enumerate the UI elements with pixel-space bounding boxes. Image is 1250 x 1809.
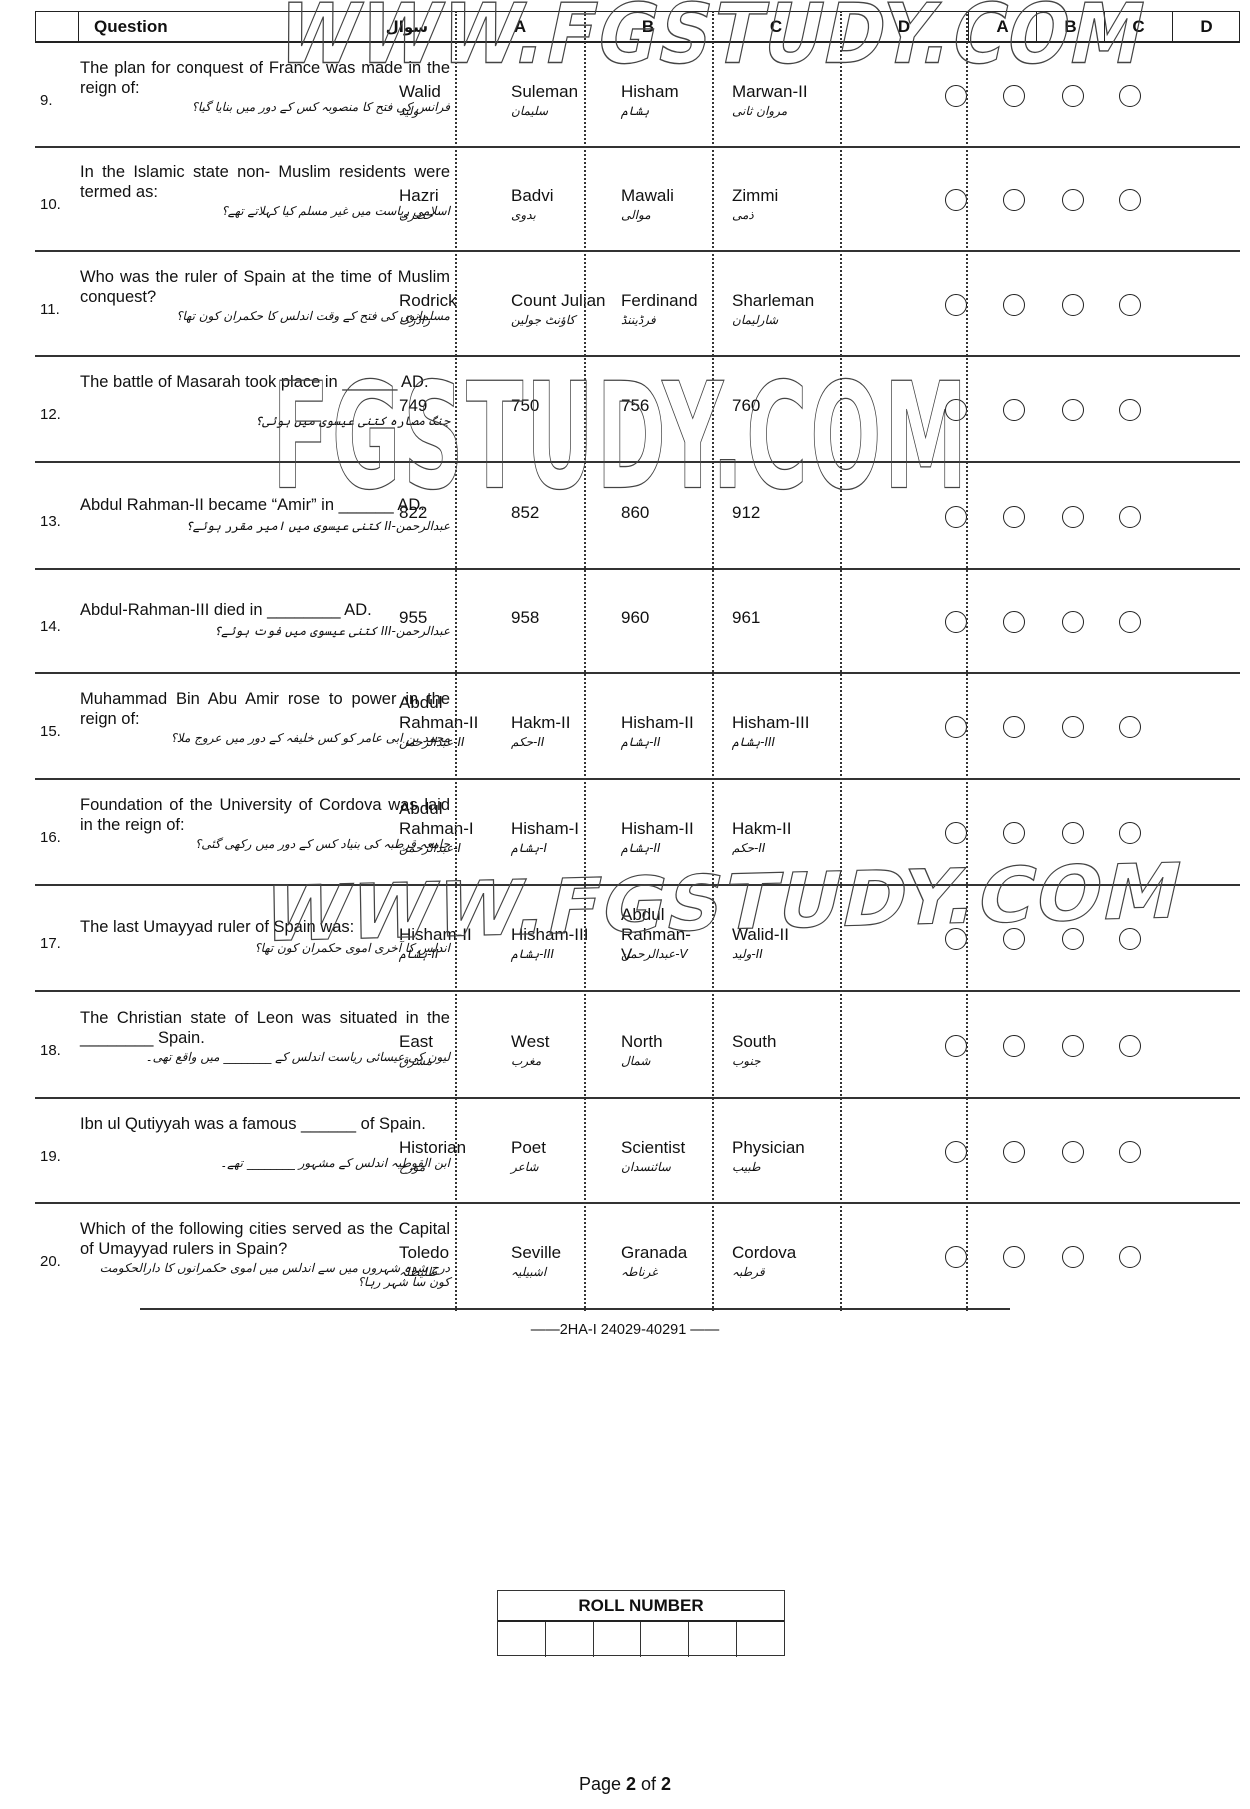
question-text-urdu: محمد بن ابی عامر کو کس خلیفہ کے دور میں …	[80, 731, 450, 745]
answer-bubble-d[interactable]	[1119, 1035, 1141, 1057]
question-text: Muhammad Bin Abu Amir rose to power in t…	[80, 689, 450, 729]
answer-bubble-b[interactable]	[1003, 189, 1025, 211]
option-a-text: East	[399, 1032, 524, 1052]
answer-bubble-b[interactable]	[1003, 1035, 1025, 1057]
answer-bubble-b[interactable]	[1003, 294, 1025, 316]
roll-number-digits	[498, 1622, 784, 1657]
option-d-text: Zimmi	[732, 186, 857, 206]
option-a-text: Toledo	[399, 1243, 524, 1263]
option-a-text: Abdul Rahman-II	[399, 693, 479, 733]
table-header: Question سوال A B C D A B C D	[35, 11, 1240, 43]
paper-code: ——2HA-I 24029-40291 ——	[0, 1322, 1250, 1338]
roll-number-box: ROLL NUMBER	[497, 1590, 785, 1656]
answer-bubble-d[interactable]	[1119, 399, 1141, 421]
question-number: 17.	[40, 935, 61, 952]
answer-bubble-a[interactable]	[945, 399, 967, 421]
option-d-text: Sharleman	[732, 291, 857, 311]
answer-bubble-b[interactable]	[1003, 85, 1025, 107]
answer-bubble-c[interactable]	[1062, 506, 1084, 528]
roll-number-digit-5[interactable]	[689, 1622, 737, 1657]
option-b-text-urdu: اشبیلیہ	[511, 1265, 546, 1279]
answer-bubble-c[interactable]	[1062, 85, 1084, 107]
roll-number-label: ROLL NUMBER	[498, 1591, 784, 1622]
question-number: 11.	[40, 301, 60, 318]
option-c-text-urdu: سائنسدان	[621, 1160, 671, 1174]
option-c-text-urdu: ہشام-II	[621, 735, 661, 749]
question-text-urdu: فرانس کی فتح کا منصوبہ کس کے دور میں بنا…	[80, 100, 450, 114]
option-b-text: Suleman	[511, 82, 636, 102]
answer-bubble-d[interactable]	[1119, 611, 1141, 633]
header-answer-d: D	[1172, 12, 1240, 41]
question-text-urdu: مسلمانوں کی فتح کے وقت اندلس کا حکمران ک…	[80, 309, 450, 323]
question-text: The plan for conquest of France was made…	[80, 58, 450, 98]
question-text-urdu: اندلس کا آخری اموی حکمران کون تھا؟	[80, 941, 450, 955]
question-text-urdu: لیون کی عیسائی ریاست اندلس کے ________ م…	[80, 1050, 450, 1064]
header-question-label: Question	[94, 17, 168, 37]
question-text-urdu: عبدالرحمن-III کتنی عیسوی میں فوت ہوئے؟	[80, 624, 450, 638]
option-d-text: Hisham-III	[732, 713, 857, 733]
answer-bubble-b[interactable]	[1003, 399, 1025, 421]
question-number: 9.	[40, 92, 53, 109]
roll-number-digit-3[interactable]	[594, 1622, 642, 1657]
option-b-text-urdu: ہشام-I	[511, 841, 547, 855]
column-divider-d	[840, 11, 842, 1311]
answer-bubble-a[interactable]	[945, 928, 967, 950]
answer-bubble-a[interactable]	[945, 822, 967, 844]
answer-bubble-c[interactable]	[1062, 189, 1084, 211]
option-b-text: Hakm-II	[511, 713, 636, 733]
question-number: 15.	[40, 723, 61, 740]
option-c-text: 960	[621, 608, 746, 628]
option-a-text: Historian	[399, 1138, 524, 1158]
option-b-text-urdu: شاعر	[511, 1160, 539, 1174]
row-divider	[140, 1308, 1010, 1310]
question-row: 14.Abdul-Rahman-III died in ________ AD.…	[35, 570, 1240, 674]
question-number: 10.	[40, 196, 61, 213]
option-a-text-urdu: حضری	[399, 208, 433, 222]
option-d-text: Physician	[732, 1138, 857, 1158]
answer-bubble-d[interactable]	[1119, 85, 1141, 107]
question-row: 17.The last Umayyad ruler of Spain was:ا…	[35, 886, 1240, 992]
answer-bubble-c[interactable]	[1062, 928, 1084, 950]
question-text-urdu: اسلامی ریاست میں غیر مسلم کیا کہلاتے تھے…	[80, 204, 450, 218]
column-divider-b	[584, 11, 586, 1311]
option-a-text-urdu: ہشام-II	[399, 947, 439, 961]
option-b-text-urdu: بدوی	[511, 208, 536, 222]
option-c-text-urdu: غرناطہ	[621, 1265, 657, 1279]
option-b-text-urdu: سلیمان	[511, 104, 548, 118]
option-c-text: Mawali	[621, 186, 746, 206]
question-text-urdu: عبدالرحمن-II کتنی عیسوی میں امیر مقرر ہو…	[80, 519, 450, 533]
header-answer-a: A	[968, 12, 1036, 41]
option-c-text-urdu: شمال	[621, 1054, 650, 1068]
column-divider-c	[712, 11, 714, 1311]
answer-bubble-d[interactable]	[1119, 1246, 1141, 1268]
option-d-text-urdu: مروان ثانی	[732, 104, 787, 118]
page-current: 2	[626, 1774, 636, 1794]
question-row: 9.The plan for conquest of France was ma…	[35, 43, 1240, 148]
option-a-text: 749	[399, 396, 524, 416]
option-c-text: Hisham	[621, 82, 746, 102]
header-question-label-urdu: سوال	[386, 18, 428, 36]
answer-bubble-b[interactable]	[1003, 822, 1025, 844]
option-a-text: 822	[399, 503, 524, 523]
question-text: Ibn ul Qutiyyah was a famous ______ of S…	[80, 1114, 450, 1134]
question-number: 19.	[40, 1148, 61, 1165]
question-number: 12.	[40, 406, 61, 423]
option-b-text-urdu: کاؤنٹ جولین	[511, 313, 575, 327]
option-d-text-urdu: ذمی	[732, 208, 754, 222]
option-a-text-urdu: مشرق	[399, 1054, 432, 1068]
header-option-d: D	[840, 12, 968, 41]
option-b-text: 852	[511, 503, 636, 523]
question-row: 11.Who was the ruler of Spain at the tim…	[35, 252, 1240, 357]
question-row: 15.Muhammad Bin Abu Amir rose to power i…	[35, 674, 1240, 780]
answer-bubble-a[interactable]	[945, 506, 967, 528]
answer-bubble-c[interactable]	[1062, 822, 1084, 844]
answer-bubble-a[interactable]	[945, 189, 967, 211]
answer-bubble-b[interactable]	[1003, 716, 1025, 738]
question-number: 16.	[40, 829, 61, 846]
question-text: Foundation of the University of Cordova …	[80, 795, 450, 835]
option-a-text: Hazri	[399, 186, 524, 206]
answer-bubble-a[interactable]	[945, 294, 967, 316]
question-text: Who was the ruler of Spain at the time o…	[80, 267, 450, 307]
answer-bubble-b[interactable]	[1003, 506, 1025, 528]
answer-bubble-d[interactable]	[1119, 1141, 1141, 1163]
option-b-text: Poet	[511, 1138, 636, 1158]
answer-bubble-b[interactable]	[1003, 1246, 1025, 1268]
option-c-text-urdu: موالی	[621, 208, 651, 222]
option-c-text: 860	[621, 503, 746, 523]
answer-bubble-b[interactable]	[1003, 1141, 1025, 1163]
option-d-text-urdu: طبیب	[732, 1160, 761, 1174]
question-text-urdu: درج شدہ شہروں میں سے اندلس میں اموی حکمر…	[80, 1261, 450, 1289]
option-c-text: Ferdinand	[621, 291, 746, 311]
page-of: of	[636, 1774, 661, 1794]
roll-number-digit-1[interactable]	[498, 1622, 546, 1657]
option-a-text: 955	[399, 608, 524, 628]
option-c-text: 756	[621, 396, 746, 416]
option-b-text: Hisham-I	[511, 819, 636, 839]
question-row: 16.Foundation of the University of Cordo…	[35, 780, 1240, 886]
roll-number-digit-2[interactable]	[546, 1622, 594, 1657]
page-indicator: Page 2 of 2	[0, 1774, 1250, 1795]
option-a-text-urdu: مورخ	[399, 1160, 425, 1174]
question-text: The last Umayyad ruler of Spain was:	[80, 917, 450, 937]
option-c-text-urdu: فرڈیننڈ	[621, 313, 656, 327]
option-d-text: Hakm-II	[732, 819, 857, 839]
page-total: 2	[661, 1774, 671, 1794]
roll-number-digit-6[interactable]	[737, 1622, 784, 1657]
question-text: Abdul-Rahman-III died in ________ AD.	[80, 600, 450, 620]
answer-bubble-d[interactable]	[1119, 189, 1141, 211]
answer-bubble-d[interactable]	[1119, 928, 1141, 950]
option-c-text: Hisham-II	[621, 819, 746, 839]
question-text: Abdul Rahman-II became “Amir” in ______ …	[80, 495, 450, 515]
option-d-text-urdu: ہشام-III	[732, 735, 775, 749]
option-a-text-urdu: ولید	[399, 104, 418, 118]
option-a-text-urdu: عبدالرحمن-I	[399, 841, 461, 855]
option-d-text-urdu: ولید-II	[732, 947, 763, 961]
question-row: 13.Abdul Rahman-II became “Amir” in ____…	[35, 463, 1240, 570]
option-c-text-urdu: عبدالرحمن-V	[621, 947, 688, 961]
question-text: In the Islamic state non- Muslim residen…	[80, 162, 450, 202]
option-b-text-urdu: حکم-II	[511, 735, 544, 749]
question-text: The Christian state of Leon was situated…	[80, 1008, 450, 1048]
option-a-text: Hisham-II	[399, 925, 524, 945]
answer-bubble-b[interactable]	[1003, 928, 1025, 950]
exam-answer-sheet: Question سوال A B C D A B C D 9.The plan…	[0, 0, 1250, 1809]
answer-bubble-b[interactable]	[1003, 611, 1025, 633]
answer-bubble-d[interactable]	[1119, 822, 1141, 844]
answer-bubble-c[interactable]	[1062, 294, 1084, 316]
option-b-text-urdu: ہشام-III	[511, 947, 554, 961]
option-a-text: Walid	[399, 82, 524, 102]
option-c-text-urdu: ہشام	[621, 104, 649, 118]
header-option-a: A	[456, 12, 584, 41]
question-row: 18.The Christian state of Leon was situa…	[35, 992, 1240, 1099]
page-prefix: Page	[579, 1774, 626, 1794]
option-d-text-urdu: قرطبہ	[732, 1265, 765, 1279]
answer-bubble-d[interactable]	[1119, 506, 1141, 528]
answer-bubble-c[interactable]	[1062, 1035, 1084, 1057]
column-divider-a	[455, 11, 457, 1311]
question-row: 12.The battle of Masarah took place in _…	[35, 357, 1240, 463]
question-row: 10.In the Islamic state non- Muslim resi…	[35, 148, 1240, 252]
option-b-text: 958	[511, 608, 636, 628]
option-a-text-urdu: راڈرک	[399, 313, 430, 327]
option-c-text: Scientist	[621, 1138, 746, 1158]
question-text-urdu: ابن القوطیہ اندلس کے مشہور ________ تھے۔	[80, 1156, 450, 1170]
question-number: 13.	[40, 513, 61, 530]
option-d-text-urdu: شارلیمان	[732, 313, 778, 327]
option-d-text: South	[732, 1032, 857, 1052]
question-row: 19.Ibn ul Qutiyyah was a famous ______ o…	[35, 1099, 1240, 1204]
option-b-text: Badvi	[511, 186, 636, 206]
roll-number-digit-4[interactable]	[641, 1622, 689, 1657]
option-d-text: Walid-II	[732, 925, 857, 945]
question-number: 18.	[40, 1042, 61, 1059]
header-option-c: C	[712, 12, 840, 41]
option-c-text: North	[621, 1032, 746, 1052]
answer-bubble-c[interactable]	[1062, 1141, 1084, 1163]
column-divider-answers	[966, 11, 968, 1311]
question-number: 14.	[40, 618, 61, 635]
option-b-text: Hisham-III	[511, 925, 636, 945]
option-a-text-urdu: طلیطلہ	[399, 1265, 437, 1279]
question-text-urdu: جامعہ قرطبہ کی بنیاد کس کے دور میں رکھی …	[80, 837, 450, 851]
answer-bubble-a[interactable]	[945, 1246, 967, 1268]
option-b-text: West	[511, 1032, 636, 1052]
answer-bubble-a[interactable]	[945, 85, 967, 107]
option-b-text-urdu: مغرب	[511, 1054, 541, 1068]
option-d-text: 961	[732, 608, 857, 628]
option-c-text: Granada	[621, 1243, 746, 1263]
answer-bubble-c[interactable]	[1062, 611, 1084, 633]
header-answer-c: C	[1104, 12, 1172, 41]
option-d-text: 912	[732, 503, 857, 523]
option-b-text: Count Julian	[511, 291, 636, 311]
answer-bubble-a[interactable]	[945, 716, 967, 738]
answer-bubble-a[interactable]	[945, 611, 967, 633]
option-d-text: Marwan-II	[732, 82, 857, 102]
header-option-b: B	[584, 12, 712, 41]
header-number-col	[36, 12, 79, 41]
question-text-urdu: جنگ مصارہ کتنی عیسوی میں ہوئی؟	[80, 414, 450, 428]
option-c-text-urdu: ہشام-II	[621, 841, 661, 855]
answer-bubble-c[interactable]	[1062, 716, 1084, 738]
option-b-text: Seville	[511, 1243, 636, 1263]
header-question: Question سوال	[79, 12, 456, 41]
question-row: 20.Which of the following cities served …	[35, 1204, 1240, 1310]
option-d-text-urdu: جنوب	[732, 1054, 761, 1068]
answer-bubble-d[interactable]	[1119, 716, 1141, 738]
answer-bubble-d[interactable]	[1119, 294, 1141, 316]
question-number: 20.	[40, 1253, 61, 1270]
option-d-text-urdu: حکم-II	[732, 841, 765, 855]
option-a-text: Rodrick	[399, 291, 524, 311]
option-a-text: Abdul Rahman-I	[399, 799, 479, 839]
option-d-text: 760	[732, 396, 857, 416]
question-text: Which of the following cities served as …	[80, 1219, 450, 1259]
option-c-text: Hisham-II	[621, 713, 746, 733]
answer-bubble-c[interactable]	[1062, 1246, 1084, 1268]
header-answer-b: B	[1036, 12, 1104, 41]
answer-bubble-c[interactable]	[1062, 399, 1084, 421]
option-b-text: 750	[511, 396, 636, 416]
question-text: The battle of Masarah took place in ____…	[80, 372, 450, 392]
option-d-text: Cordova	[732, 1243, 857, 1263]
answer-bubble-a[interactable]	[945, 1141, 967, 1163]
answer-bubble-a[interactable]	[945, 1035, 967, 1057]
